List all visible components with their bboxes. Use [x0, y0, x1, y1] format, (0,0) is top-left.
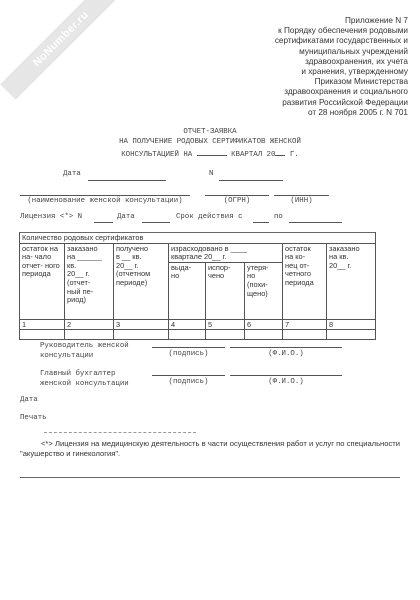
ogrn-field[interactable]: [205, 195, 269, 196]
accountant-signature-caption: (подпись): [152, 378, 225, 386]
validity-label: Срок действия с: [176, 213, 243, 221]
data-cell[interactable]: [65, 330, 114, 340]
title-line-1: ОТЧЕТ-ЗАЯВКА: [60, 128, 360, 138]
data-cell[interactable]: [169, 330, 206, 340]
header-cell-lost: утеря-но(похи-щено): [245, 262, 283, 319]
appendix-line: от 28 ноября 2005 г. N 701: [198, 108, 408, 118]
accountant-name-field[interactable]: [230, 375, 342, 376]
header-cell-spent-group: израсходовано в ____квартале 20__ г.: [169, 243, 283, 262]
director-role: Руководитель женской консультации: [40, 341, 129, 361]
appendix-line: к Порядку обеспечения родовыми: [198, 26, 408, 36]
year-blank[interactable]: [275, 147, 285, 156]
header-cell-ordered: заказанона ______кв.20__ г.(отчет-ный пе…: [65, 243, 114, 319]
director-name-caption: (Ф.И.О.): [230, 350, 342, 358]
stamp-label: Печать: [20, 414, 47, 422]
column-number: 5: [206, 319, 245, 330]
clinic-name-field[interactable]: [20, 195, 190, 196]
header-cell-next-order: заказанона кв.20__ г.: [327, 243, 376, 319]
column-number: 2: [65, 319, 114, 330]
accountant-signature-field[interactable]: [152, 375, 225, 376]
license-number-field[interactable]: [94, 222, 113, 223]
column-number: 8: [327, 319, 376, 330]
header-cell-end-balance: остатокна ко-нец от-четногопериода: [283, 243, 327, 319]
director-signature-caption: (подпись): [152, 350, 225, 358]
title-line-3: КОНСУЛЬТАЦИЕЙ НА КВАРТАЛ 20 Г.: [60, 147, 360, 161]
column-number: 3: [114, 319, 169, 330]
number-label: N: [209, 170, 213, 178]
data-cell[interactable]: [327, 330, 376, 340]
number-field[interactable]: [219, 180, 283, 181]
column-number: 6: [245, 319, 283, 330]
watermark: NoNumber.ru: [0, 0, 122, 100]
date-field[interactable]: [88, 180, 166, 181]
inn-field[interactable]: [274, 195, 329, 196]
column-number-row: 1 2 3 4 5 6 7 8: [20, 319, 376, 330]
appendix-block: Приложение N 7 к Порядку обеспечения род…: [198, 16, 408, 118]
data-cell[interactable]: [283, 330, 327, 340]
license-label: Лицензия <*> N: [20, 213, 82, 221]
column-number: 7: [283, 319, 327, 330]
validity-to-field[interactable]: [289, 222, 342, 223]
data-cell[interactable]: [206, 330, 245, 340]
quarter-blank[interactable]: [197, 147, 227, 156]
footnote-separator: [44, 432, 196, 433]
data-cell[interactable]: [20, 330, 65, 340]
license-date-label: Дата: [117, 213, 135, 221]
data-cell[interactable]: [114, 330, 169, 340]
license-date-field[interactable]: [142, 222, 170, 223]
table-group-header-row: Количество родовых сертификатов: [20, 233, 376, 244]
header-cell-start-balance: остаток на на- чало отчет- ного периода: [20, 243, 65, 319]
footer-date-label: Дата: [20, 396, 38, 404]
clinic-name-caption: (наименование женской консультации): [20, 197, 190, 205]
title-line-2: НА ПОЛУЧЕНИЕ РОДОВЫХ СЕРТИФИКАТОВ ЖЕНСКО…: [60, 138, 360, 148]
data-cell[interactable]: [245, 330, 283, 340]
validity-to-label: по: [274, 213, 283, 221]
certificates-table: Количество родовых сертификатов остаток …: [19, 232, 376, 340]
accountant-role: Главный бухгалтер женской консультации: [40, 369, 129, 389]
date-label: Дата: [63, 170, 81, 178]
header-cell-received: полученов __ кв.20__ г.(отчетномпериоде): [114, 243, 169, 319]
document-title: ОТЧЕТ-ЗАЯВКА НА ПОЛУЧЕНИЕ РОДОВЫХ СЕРТИФ…: [60, 128, 360, 161]
footnote: <*> Лицензия на медицинскую деятельность…: [20, 439, 400, 459]
director-name-field[interactable]: [230, 347, 342, 348]
appendix-line: и хранения, утвержденному: [198, 67, 408, 77]
table-header-row: остаток на на- чало отчет- ного периода …: [20, 243, 376, 262]
inn-caption: (ИНН): [274, 197, 329, 205]
appendix-line: сертификатами государственных и: [198, 36, 408, 46]
appendix-line: развития Российской Федерации: [198, 98, 408, 108]
ogrn-caption: (ОГРН): [205, 197, 269, 205]
accountant-name-caption: (Ф.И.О.): [230, 378, 342, 386]
appendix-line: здравоохранения, их учета: [198, 57, 408, 67]
appendix-line: Приложение N 7: [198, 16, 408, 26]
column-number: 4: [169, 319, 206, 330]
table-row: [20, 330, 376, 340]
validity-from-field[interactable]: [253, 222, 269, 223]
header-cell-issued: выда-но: [169, 262, 206, 319]
group-header-cell: Количество родовых сертификатов: [20, 233, 376, 244]
appendix-line: здравоохранения и социального: [198, 87, 408, 97]
director-signature-field[interactable]: [152, 347, 225, 348]
column-number: 1: [20, 319, 65, 330]
appendix-line: муниципальных учреждений: [198, 47, 408, 57]
header-cell-spoiled: испор-чено: [206, 262, 245, 319]
appendix-line: Приказом Министерства: [198, 77, 408, 87]
bottom-divider: [20, 477, 400, 478]
